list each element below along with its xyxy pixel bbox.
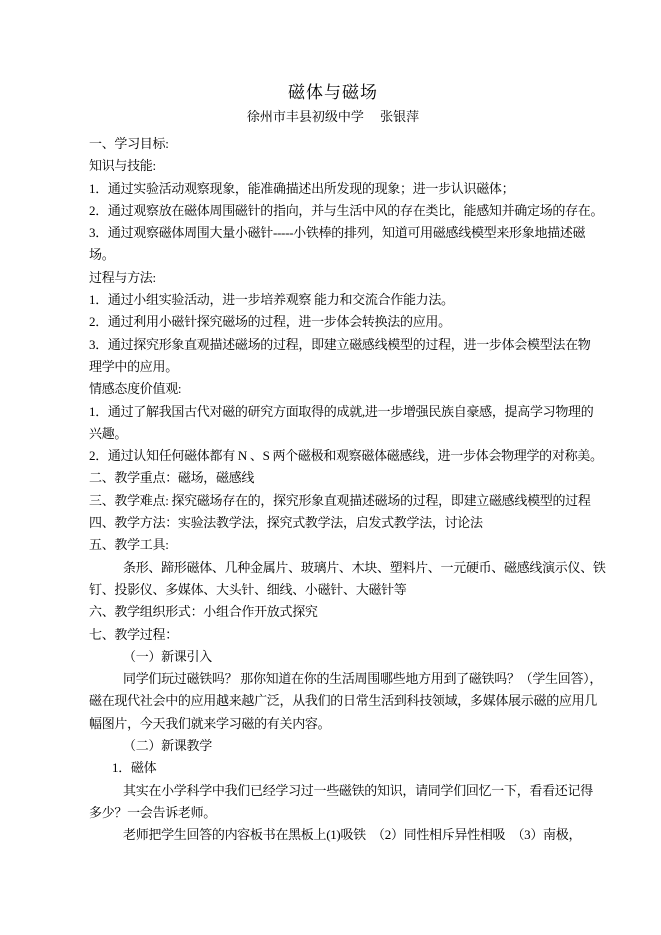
- text-line: 兴趣。: [89, 423, 577, 445]
- text-line: 场。: [89, 244, 577, 266]
- text-line: 1．通过实验活动观察现象，能准确描述出所发现的现象；进一步认识磁体；: [89, 178, 577, 200]
- text-line: 1．通过了解我国古代对磁的研究方面取得的成就,进一步增强民族自豪感，提高学习物理…: [89, 401, 577, 423]
- text-line: （二）新课教学: [89, 735, 577, 757]
- document-title: 磁体与磁场: [89, 80, 577, 105]
- document-page: 磁体与磁场 徐州市丰县初级中学 张银萍 一、学习目标:知识与技能:1．通过实验活…: [0, 0, 661, 935]
- text-line: 同学们玩过磁铁吗？ 那你知道在你的生活周围哪些地方用到了磁铁吗？（学生回答），: [89, 668, 577, 690]
- text-line: 3．通过观察磁体周围大量小磁针-----小铁棒的排列，知道可用磁感线模型来形象地…: [89, 222, 577, 244]
- text-line: 过程与方法:: [89, 267, 577, 289]
- text-line: 理学中的应用。: [89, 356, 577, 378]
- text-line: 四、教学方法：实验法教学法，探究式教学法，启发式教学法，讨论法: [89, 512, 577, 534]
- text-line: 知识与技能:: [89, 155, 577, 177]
- text-line: 一、学习目标:: [89, 133, 577, 155]
- text-line: 七、教学过程：: [89, 624, 577, 646]
- text-line: 六、教学组织形式：小组合作开放式探究: [89, 601, 577, 623]
- text-line: 其实在小学科学中我们已经学习过一些磁铁的知识，请同学们回忆一下，看看还记得: [89, 780, 577, 802]
- text-line: 多少？一会告诉老师。: [89, 802, 577, 824]
- text-line: 三、教学难点: 探究磁场存在的，探究形象直观描述磁场的过程，即建立磁感线模型的过…: [89, 490, 577, 512]
- text-line: 幅图片，今天我们就来学习磁的有关内容。: [89, 713, 577, 735]
- text-line: 2．通过认知任何磁体都有 N 、S 两个磁极和观察磁体磁感线，进一步体会物理学的…: [89, 445, 577, 467]
- text-line: 钉、投影仪、多媒体、大头针、细线、小磁针、大磁针等: [89, 579, 577, 601]
- text-line: 3．通过探究形象直观描述磁场的过程，即建立磁感线模型的过程，进一步体会模型法在物: [89, 334, 577, 356]
- text-line: 1．通过小组实验活动，进一步培养观察 能力和交流合作能力法。: [89, 289, 577, 311]
- text-line: 2．通过观察放在磁体周围磁针的指向，并与生活中风的存在类比，能感知并确定场的存在…: [89, 200, 577, 222]
- text-line: 五、教学工具:: [89, 534, 577, 556]
- text-line: 情感态度价值观:: [89, 378, 577, 400]
- text-line: 老师把学生回答的内容板书在黑板上(1)吸铁 （2）同性相斥异性相吸 （3）南极，: [89, 824, 577, 846]
- text-line: 二、教学重点：磁场，磁感线: [89, 467, 577, 489]
- text-line: 1．磁体: [89, 757, 577, 779]
- document-body-lines: 一、学习目标:知识与技能:1．通过实验活动观察现象，能准确描述出所发现的现象；进…: [89, 133, 577, 847]
- document-content: 磁体与磁场 徐州市丰县初级中学 张银萍 一、学习目标:知识与技能:1．通过实验活…: [89, 80, 577, 847]
- text-line: （一）新课引入: [89, 646, 577, 668]
- text-line: 磁在现代社会中的应用越来越广泛，从我们的日常生活到科技领域，多媒体展示磁的应用几: [89, 690, 577, 712]
- document-subtitle: 徐州市丰县初级中学 张银萍: [89, 105, 577, 129]
- text-line: 条形、蹄形磁体、几种金属片、玻璃片、木块、塑料片、一元硬币、磁感线演示仪、铁: [89, 557, 577, 579]
- text-line: 2．通过利用小磁针探究磁场的过程，进一步体会转换法的应用。: [89, 311, 577, 333]
